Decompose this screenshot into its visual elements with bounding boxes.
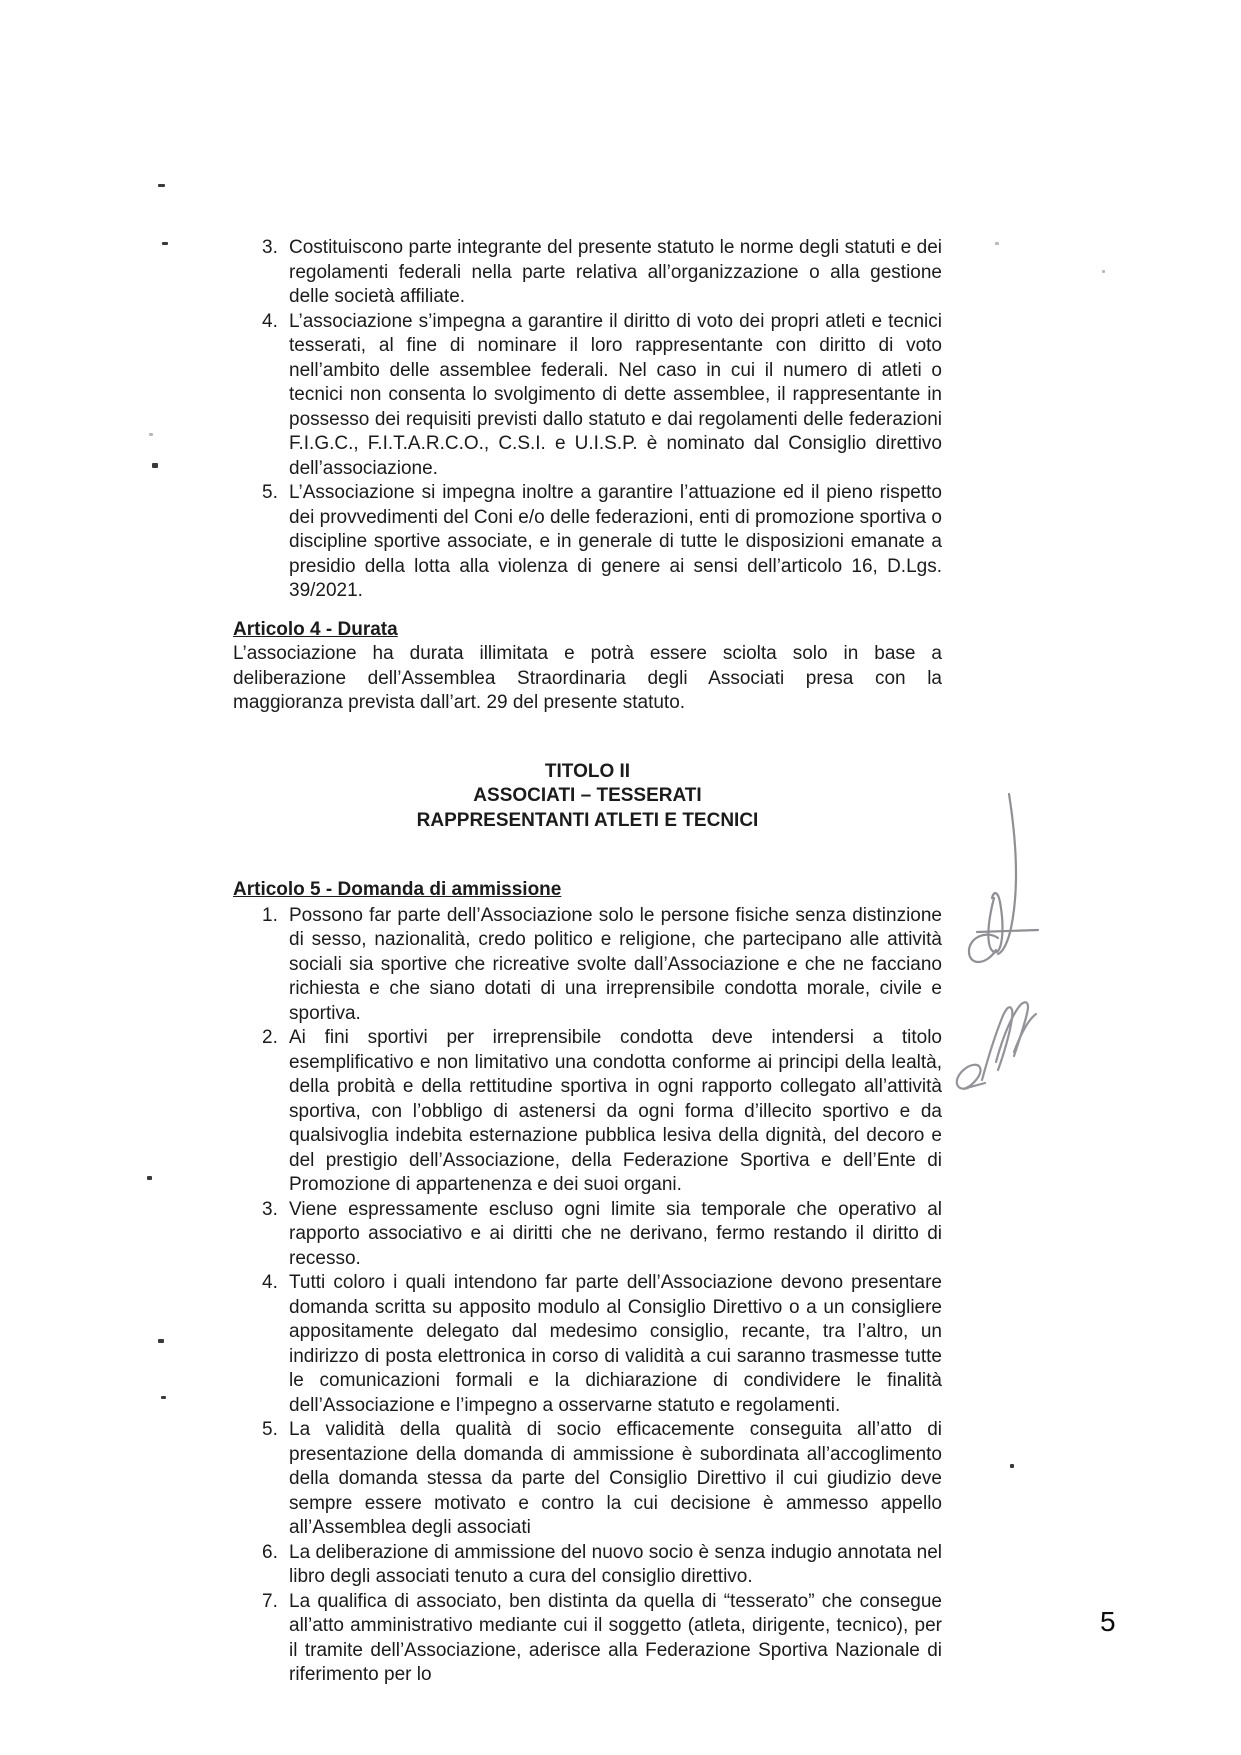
list-item: 6. La deliberazione di ammissione del nu… <box>233 1541 942 1590</box>
list-item: 3. Viene espressamente escluso ogni limi… <box>233 1198 942 1272</box>
list-item-text: L’Associazione si impegna inoltre a gara… <box>289 481 942 604</box>
list-item-text: La deliberazione di ammissione del nuovo… <box>289 1541 942 1590</box>
scan-speck <box>161 1396 166 1399</box>
list-item-text: Possono far parte dell’Associazione solo… <box>289 904 942 1027</box>
article4-heading: Articolo 4 - Durata <box>233 618 942 643</box>
article4-body: L’associazione ha durata illimitata e po… <box>233 642 942 716</box>
list-item: 2. Ai fini sportivi per irreprensibile c… <box>233 1026 942 1198</box>
statute-list-article5: 1. Possono far parte dell’Associazione s… <box>233 904 942 1688</box>
scan-speck <box>147 1176 152 1180</box>
title-line-1: TITOLO II <box>233 760 942 785</box>
list-item-text: Costituiscono parte integrante del prese… <box>289 236 942 310</box>
scan-speck <box>162 242 168 245</box>
list-item: 3. Costituiscono parte integrante del pr… <box>233 236 942 310</box>
list-item-text: Viene espressamente escluso ogni limite … <box>289 1198 942 1272</box>
list-item: 1. Possono far parte dell’Associazione s… <box>233 904 942 1027</box>
scan-speck <box>1010 1464 1014 1468</box>
list-item-text: La qualifica di associato, ben distinta … <box>289 1590 942 1688</box>
document-page: 3. Costituiscono parte integrante del pr… <box>0 0 1241 1755</box>
list-item-number: 5. <box>233 481 289 506</box>
list-item-number: 4. <box>233 1271 289 1296</box>
article5-heading: Articolo 5 - Domanda di ammissione <box>233 878 942 903</box>
title-block: TITOLO II ASSOCIATI – TESSERATI RAPPRESE… <box>233 760 942 834</box>
list-item-number: 4. <box>233 310 289 335</box>
list-item: 4. L’associazione s’impegna a garantire … <box>233 310 942 482</box>
list-item-number: 5. <box>233 1418 289 1443</box>
scan-speck <box>995 242 999 245</box>
list-item-number: 3. <box>233 1198 289 1223</box>
list-item-text: Tutti coloro i quali intendono far parte… <box>289 1271 942 1418</box>
title-line-2: ASSOCIATI – TESSERATI <box>233 784 942 809</box>
list-item: 7. La qualifica di associato, ben distin… <box>233 1590 942 1688</box>
list-item-text: La validità della qualità di socio effic… <box>289 1418 942 1541</box>
list-item-number: 3. <box>233 236 289 261</box>
list-item-number: 1. <box>233 904 289 929</box>
list-item-number: 7. <box>233 1590 289 1615</box>
page-content: 3. Costituiscono parte integrante del pr… <box>233 236 942 1688</box>
page-number: 5 <box>1100 1606 1116 1638</box>
scan-speck <box>152 463 158 468</box>
list-item-number: 6. <box>233 1541 289 1566</box>
statute-list-top: 3. Costituiscono parte integrante del pr… <box>233 236 942 604</box>
signature-name-icon <box>957 1002 1036 1089</box>
list-item-text: L’associazione s’impegna a garantire il … <box>289 310 942 482</box>
list-item: 5. La validità della qualità di socio ef… <box>233 1418 942 1541</box>
title-line-3: RAPPRESENTANTI ATLETI E TECNICI <box>233 809 942 834</box>
list-item-number: 2. <box>233 1026 289 1051</box>
signature-initials-icon <box>969 794 1038 962</box>
scan-speck <box>1102 270 1105 273</box>
scan-speck <box>158 1339 164 1343</box>
list-item: 4. Tutti coloro i quali intendono far pa… <box>233 1271 942 1418</box>
list-item: 5. L’Associazione si impegna inoltre a g… <box>233 481 942 604</box>
scan-speck <box>149 433 153 436</box>
handwritten-signatures <box>930 780 1100 1110</box>
scan-speck <box>158 184 165 187</box>
list-item-text: Ai fini sportivi per irreprensibile cond… <box>289 1026 942 1198</box>
